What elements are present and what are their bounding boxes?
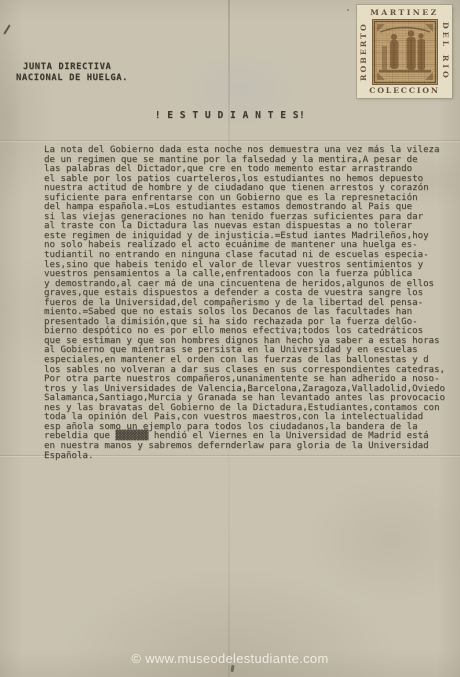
stamp-bottom-label: COLECCION	[357, 86, 452, 95]
stamp-left-label: ROBERTO	[359, 5, 368, 98]
stamp-right-label: DEL RIO	[441, 5, 450, 98]
watermark-credit: © www.museodelestudiante.com	[0, 651, 460, 666]
paper-speck	[347, 9, 349, 11]
letterhead: JUNTA DIRECTIVA NACIONAL DE HUELGA.	[16, 62, 128, 84]
scanned-document-page: JUNTA DIRECTIVA NACIONAL DE HUELGA. MART…	[0, 0, 460, 677]
letterhead-line-1: JUNTA DIRECTIVA	[23, 62, 128, 73]
stamp-engraving-icon	[373, 20, 437, 84]
collection-stamp: MARTINEZ DEL RIO COLECCION ROBERTO	[357, 5, 452, 98]
page-title: ! E S T U D I A N T E S!	[0, 110, 460, 121]
document-body-text: La nota del Gobierno dada esta noche nos…	[44, 146, 456, 461]
horizontal-fold-crease	[0, 140, 460, 141]
stamp-top-label: MARTINEZ	[357, 8, 452, 17]
ink-fiber-mark	[3, 24, 11, 34]
letterhead-line-2: NACIONAL DE HUELGA.	[16, 73, 128, 84]
